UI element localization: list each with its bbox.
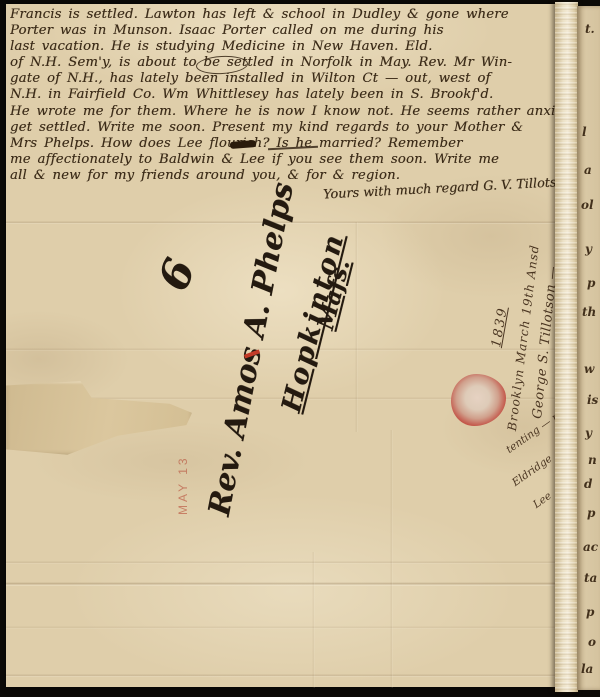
text-fragment: a bbox=[584, 163, 592, 177]
scanned-letter: Francis is settled. Lawton has left & sc… bbox=[0, 0, 600, 697]
text-fragment: n bbox=[588, 453, 597, 467]
binding-edge bbox=[555, 2, 578, 692]
text-fragment: t. bbox=[585, 22, 595, 36]
text-fragment: y bbox=[585, 426, 592, 440]
text-fragment: o bbox=[588, 635, 596, 649]
text-fragment: ol bbox=[581, 198, 594, 212]
fold-crease-vertical bbox=[355, 222, 358, 432]
text-fragment: ta bbox=[584, 571, 597, 585]
adjacent-page bbox=[577, 6, 600, 690]
text-fragment: p bbox=[587, 276, 595, 290]
text-fragment: la bbox=[581, 662, 593, 676]
letter-line: of N.H. Sem'y, is about to be settled in… bbox=[10, 55, 556, 71]
fold-crease-horizontal bbox=[6, 561, 557, 564]
text-fragment: ac bbox=[583, 540, 598, 554]
postmark-stamp: MAY 13 bbox=[176, 455, 190, 515]
fold-crease-horizontal bbox=[6, 348, 557, 351]
letter-line: me affectionately to Baldwin & Lee if yo… bbox=[10, 152, 556, 168]
fold-crease-horizontal bbox=[6, 582, 557, 586]
letter-line: Francis is settled. Lawton has left & sc… bbox=[10, 7, 556, 23]
letter-line: get settled. Write me soon. Present my k… bbox=[10, 120, 556, 136]
text-fragment: is bbox=[587, 393, 598, 407]
letter-line: He wrote me for them. Where he is now I … bbox=[10, 104, 556, 120]
text-fragment: p bbox=[587, 506, 595, 520]
fold-crease-vertical bbox=[390, 430, 393, 688]
text-fragment: y bbox=[585, 242, 592, 256]
letter-line: last vacation. He is studying Medicine i… bbox=[10, 39, 556, 55]
fold-crease-horizontal bbox=[6, 674, 557, 677]
text-fragment: d bbox=[584, 477, 592, 491]
text-fragment: p bbox=[586, 605, 594, 619]
text-fragment: l bbox=[582, 125, 587, 139]
text-fragment: w bbox=[584, 362, 594, 376]
fold-crease-horizontal bbox=[6, 626, 557, 629]
letter-line: Porter was in Munson. Isaac Porter calle… bbox=[10, 23, 556, 39]
letter-line: gate of N.H., has lately been installed … bbox=[10, 71, 556, 87]
text-fragment: th bbox=[582, 305, 596, 319]
letter-body: Francis is settled. Lawton has left & sc… bbox=[10, 7, 556, 184]
fold-crease-vertical bbox=[312, 552, 315, 688]
letter-line: N.H. in Fairfield Co. Wm Whittlesey has … bbox=[10, 87, 556, 103]
